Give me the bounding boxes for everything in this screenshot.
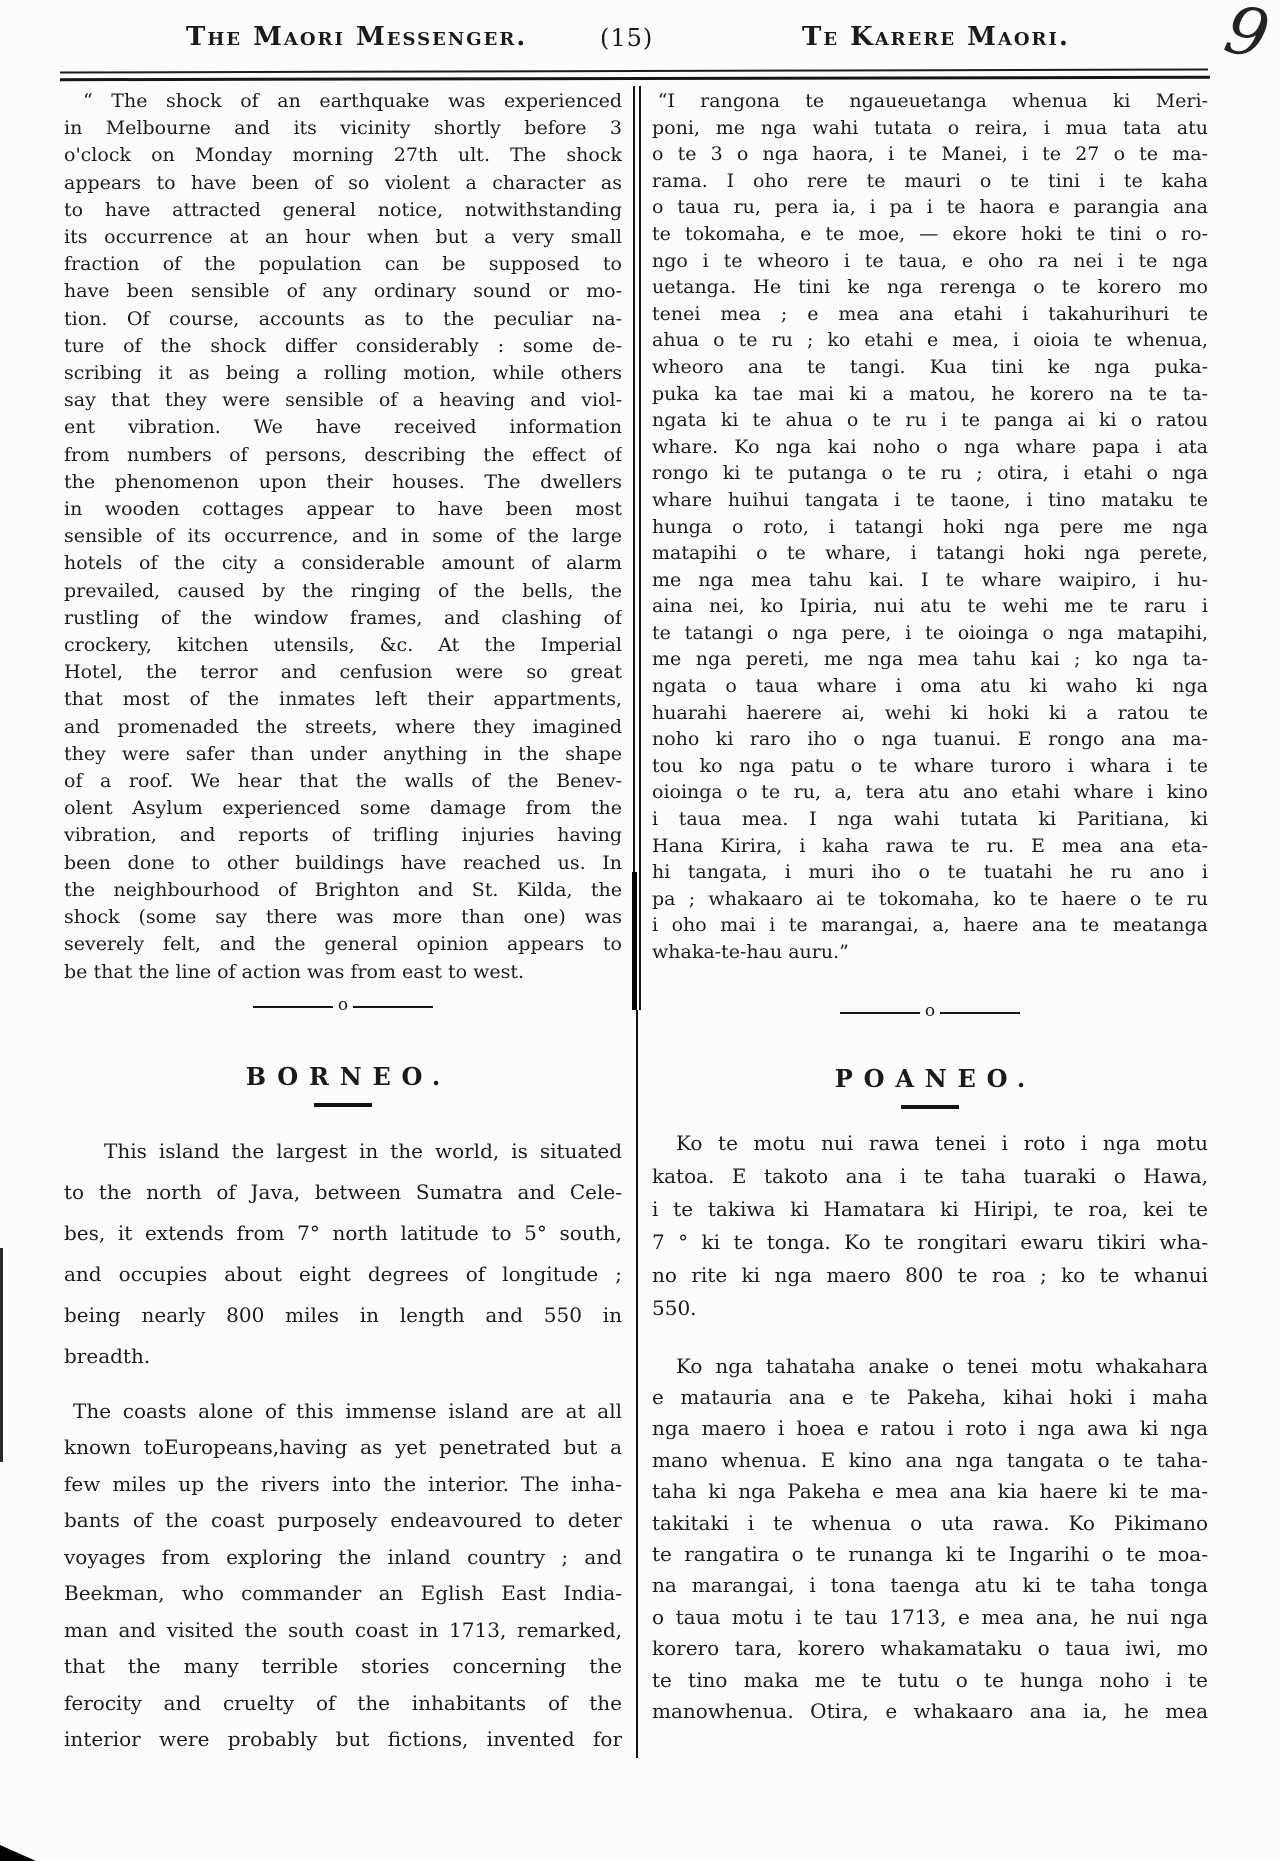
text-line: crockery, kitchen utensils, &c. At the I… <box>64 632 622 659</box>
text-line: the phenomenon upon their houses. The dw… <box>64 469 622 496</box>
english-column: “ The shock of an earthquake was experie… <box>64 88 622 1758</box>
text-line: say that they were sensible of a heaving… <box>64 387 622 414</box>
text-line: in wooden cottages appear to have been m… <box>64 496 622 523</box>
text-line: sensible of its occurrence, and in some … <box>64 523 622 550</box>
text-line: hotels of the city a considerable amount… <box>64 550 622 577</box>
text-line: korero tara, korero whakamataku o taua i… <box>652 1633 1208 1664</box>
text-line: be that the line of action was from east… <box>64 959 622 986</box>
text-line: tou ko nga patu o te whare turoro i whar… <box>652 753 1208 780</box>
section-divider: o <box>652 1002 1208 1024</box>
text-line: Hana Kirira, i kaha rawa te ru. E mea an… <box>652 833 1208 860</box>
text-line: been done to other buildings have reache… <box>64 850 622 877</box>
text-line: the neighbourhood of Brighton and St. Ki… <box>64 877 622 904</box>
text-line: o taua motu i te tau 1713, e mea ana, he… <box>652 1602 1208 1633</box>
text-line: of a roof. We hear that the walls of the… <box>64 768 622 795</box>
corner-scan-artifact <box>0 1845 36 1861</box>
text-line: tenei mea ; e mea ana etahi i takahurihu… <box>652 301 1208 328</box>
text-line: matapihi o te whare, i tatangi hoki nga … <box>652 540 1208 567</box>
text-line: ngata ki te ahua o te ru i te panga ai k… <box>652 407 1208 434</box>
section-title-poaneo: POANEO. <box>652 1064 1208 1093</box>
text-line: puka ka tae mai ki a matou, he korero na… <box>652 381 1208 408</box>
heading-rule <box>901 1105 959 1109</box>
text-line: whare huihui tangata i te taone, i tino … <box>652 487 1208 514</box>
masthead-left-title: The Maori Messenger. <box>186 22 527 52</box>
text-line: me nga mea tahu kai. I te whare waipiro,… <box>652 567 1208 594</box>
text-line: shock (some say there was more than one)… <box>64 904 622 931</box>
text-line: to the north of Java, between Sumatra an… <box>64 1172 622 1213</box>
text-line: na marangai, i tona taenga atu ki te tah… <box>652 1570 1208 1601</box>
poaneo-paragraph-2: Ko nga tahataha anake o tenei motu whaka… <box>652 1351 1208 1728</box>
borneo-paragraph-2: The coasts alone of this immense island … <box>64 1393 622 1758</box>
text-line: and promenaded the streets, where they i… <box>64 714 622 741</box>
text-line: whaka-te-hau auru.” <box>652 939 1208 966</box>
text-line: few miles up the rivers into the interio… <box>64 1466 622 1503</box>
text-line: 7 ° ki te tonga. Ko te rongitari ewaru t… <box>652 1226 1208 1259</box>
text-line: its occurrence at an hour when but a ver… <box>64 224 622 251</box>
text-line: rama. I oho rere te mauri o te tini i te… <box>652 168 1208 195</box>
text-line: they were safer than under anything in t… <box>64 741 622 768</box>
text-line: o'clock on Monday morning 27th ult. The … <box>64 142 622 169</box>
page-number: (15) <box>600 24 653 52</box>
text-line: te tatangi o nga pere, i te oioinga o ng… <box>652 620 1208 647</box>
text-line: hi tangata, i muri iho o te tuatahi he r… <box>652 859 1208 886</box>
earthquake-article-english: “ The shock of an earthquake was experie… <box>64 88 622 986</box>
text-line: that the many terrible stories concernin… <box>64 1648 622 1685</box>
masthead-rule-bottom <box>60 76 1210 81</box>
column-divider-rule <box>636 1010 638 1758</box>
section-divider: o <box>64 996 622 1018</box>
divider-rule <box>353 1006 433 1008</box>
text-line: whare. Ko nga kai noho o nga whare papa … <box>652 434 1208 461</box>
text-line: in Melbourne and its vicinity shortly be… <box>64 115 622 142</box>
text-line: olent Asylum experienced some damage fro… <box>64 795 622 822</box>
text-line: o taua ru, pera ia, i pa i te haora e pa… <box>652 194 1208 221</box>
earthquake-article-maori: “I rangona te ngaueuetanga whenua ki Mer… <box>652 88 1208 966</box>
text-line: Hotel, the terror and cenfusion were so … <box>64 659 622 686</box>
left-edge-scan-mark <box>0 1248 3 1462</box>
text-line: being nearly 800 miles in length and 550… <box>64 1295 622 1336</box>
text-line: e matauria ana e te Pakeha, kihai hoki i… <box>652 1382 1208 1413</box>
text-line: uetanga. He tini ke nga rerenga o te kor… <box>652 274 1208 301</box>
text-line: The coasts alone of this immense island … <box>64 1393 622 1430</box>
divider-o-mark: o <box>925 1003 935 1020</box>
text-line: prevailed, caused by the ringing of the … <box>64 578 622 605</box>
text-line: huarahi haerere ai, wehi ki hoki ki a ra… <box>652 700 1208 727</box>
text-line: Ko te motu nui rawa tenei i roto i nga m… <box>652 1127 1208 1160</box>
text-line: vibration, and reports of trifling injur… <box>64 822 622 849</box>
text-line: i taua mea. I nga wahi tutata ki Paritia… <box>652 806 1208 833</box>
text-line: wheoro ana te tangi. Kua tini ke nga puk… <box>652 354 1208 381</box>
text-line: have been sensible of any ordinary sound… <box>64 278 622 305</box>
text-line: This island the largest in the world, is… <box>64 1131 622 1172</box>
text-line: takitaki i te whenua o uta rawa. Ko Piki… <box>652 1508 1208 1539</box>
maori-column: “I rangona te ngaueuetanga whenua ki Mer… <box>652 88 1208 1727</box>
text-line: severely felt, and the general opinion a… <box>64 931 622 958</box>
divider-rule <box>840 1012 920 1014</box>
text-line: breadth. <box>64 1336 622 1377</box>
text-line: Beekman, who commander an Eglish East In… <box>64 1575 622 1612</box>
text-line: aina nei, ko Ipiria, nui atu te wehi me … <box>652 593 1208 620</box>
text-line: to have attracted general notice, notwit… <box>64 197 622 224</box>
text-line: noho ki raro iho o nga tuanui. E rongo a… <box>652 726 1208 753</box>
text-line: ngo i te wheoro i te taua, e oho ra nei … <box>652 248 1208 275</box>
masthead-rule-top <box>60 68 1208 73</box>
text-line: ent vibration. We have received informat… <box>64 414 622 441</box>
text-line: katoa. E takoto ana i te taha tuaraki o … <box>652 1160 1208 1193</box>
text-line: 550. <box>652 1292 1208 1325</box>
text-line: i te takiwa ki Hamatara ki Hiripi, te ro… <box>652 1193 1208 1226</box>
column-divider-rule <box>639 86 641 1010</box>
text-line: from numbers of persons, describing the … <box>64 442 622 469</box>
text-line: i oho mai i te marangai, a, haere ana te… <box>652 912 1208 939</box>
divider-rule <box>253 1006 333 1008</box>
column-divider-ink-blot <box>632 872 637 1010</box>
poaneo-paragraph-1: Ko te motu nui rawa tenei i roto i nga m… <box>652 1127 1208 1325</box>
text-line: bants of the coast purposely endeavoured… <box>64 1502 622 1539</box>
text-line: te tino maka me te tutu o te hunga noho … <box>652 1665 1208 1696</box>
text-line: o te 3 o nga haora, i te Manei, i te 27 … <box>652 141 1208 168</box>
text-line: rongo ki te putanga o te ru ; otira, i e… <box>652 460 1208 487</box>
text-line: fraction of the population can be suppos… <box>64 251 622 278</box>
text-line: “ The shock of an earthquake was experie… <box>64 88 622 115</box>
text-line: and occupies about eight degrees of long… <box>64 1254 622 1295</box>
text-line: ahua o te ru ; ko etahi e mea, i oioia t… <box>652 327 1208 354</box>
section-title-borneo: BORNEO. <box>64 1062 622 1091</box>
text-line: known toEuropeans,having as yet penetrat… <box>64 1429 622 1466</box>
text-line: te rangatira o te runanga ki te Ingarihi… <box>652 1539 1208 1570</box>
divider-o-mark: o <box>338 997 348 1014</box>
borneo-paragraph-1: This island the largest in the world, is… <box>64 1131 622 1377</box>
text-line: oioinga o te ru, a, tera atu ano etahi w… <box>652 779 1208 806</box>
text-line: rustling of the window frames, and clash… <box>64 605 622 632</box>
text-line: manowhenua. Otira, e whakaaro ana ia, he… <box>652 1696 1208 1727</box>
text-line: bes, it extends from 7° north latitude t… <box>64 1213 622 1254</box>
divider-rule <box>940 1012 1020 1014</box>
text-line: voyages from exploring the inland countr… <box>64 1539 622 1576</box>
text-line: “I rangona te ngaueuetanga whenua ki Mer… <box>652 88 1208 115</box>
text-line: nga maero i hoea e ratou i roto i nga aw… <box>652 1413 1208 1444</box>
text-line: Ko nga tahataha anake o tenei motu whaka… <box>652 1351 1208 1382</box>
text-line: poni, me nga wahi tutata o reira, i mua … <box>652 115 1208 142</box>
text-line: no rite ki nga maero 800 te roa ; ko te … <box>652 1259 1208 1292</box>
text-line: scribing it as being a rolling motion, w… <box>64 360 622 387</box>
text-line: ferocity and cruelty of the inhabitants … <box>64 1685 622 1722</box>
newspaper-page: The Maori Messenger. (15) Te Karere Maor… <box>0 0 1280 1861</box>
text-line: man and visited the south coast in 1713,… <box>64 1612 622 1649</box>
text-line: ture of the shock differ considerably : … <box>64 333 622 360</box>
text-line: interior were probably but fictions, inv… <box>64 1721 622 1758</box>
text-line: ngata o taua whare i oma atu ki waho ki … <box>652 673 1208 700</box>
text-line: hunga o roto, i tatangi hoki nga pere me… <box>652 514 1208 541</box>
text-line: mano whenua. E kino ana nga tangata o te… <box>652 1445 1208 1476</box>
text-line: me nga pereti, me nga mea tahu kai ; ko … <box>652 646 1208 673</box>
text-line: appears to have been of so violent a cha… <box>64 170 622 197</box>
text-line: that most of the inmates left their appa… <box>64 686 622 713</box>
text-line: taha ki nga Pakeha e mea ana kia haere k… <box>652 1476 1208 1507</box>
masthead-right-title: Te Karere Maori. <box>802 22 1070 52</box>
text-line: tion. Of course, accounts as to the pecu… <box>64 306 622 333</box>
heading-rule <box>314 1103 372 1107</box>
text-line: te tokomaha, e te moe, — ekore hoki te t… <box>652 221 1208 248</box>
text-line: pa ; whakaaro ai te tokomaha, ko te haer… <box>652 886 1208 913</box>
handwritten-page-number: 9 <box>1218 0 1275 75</box>
